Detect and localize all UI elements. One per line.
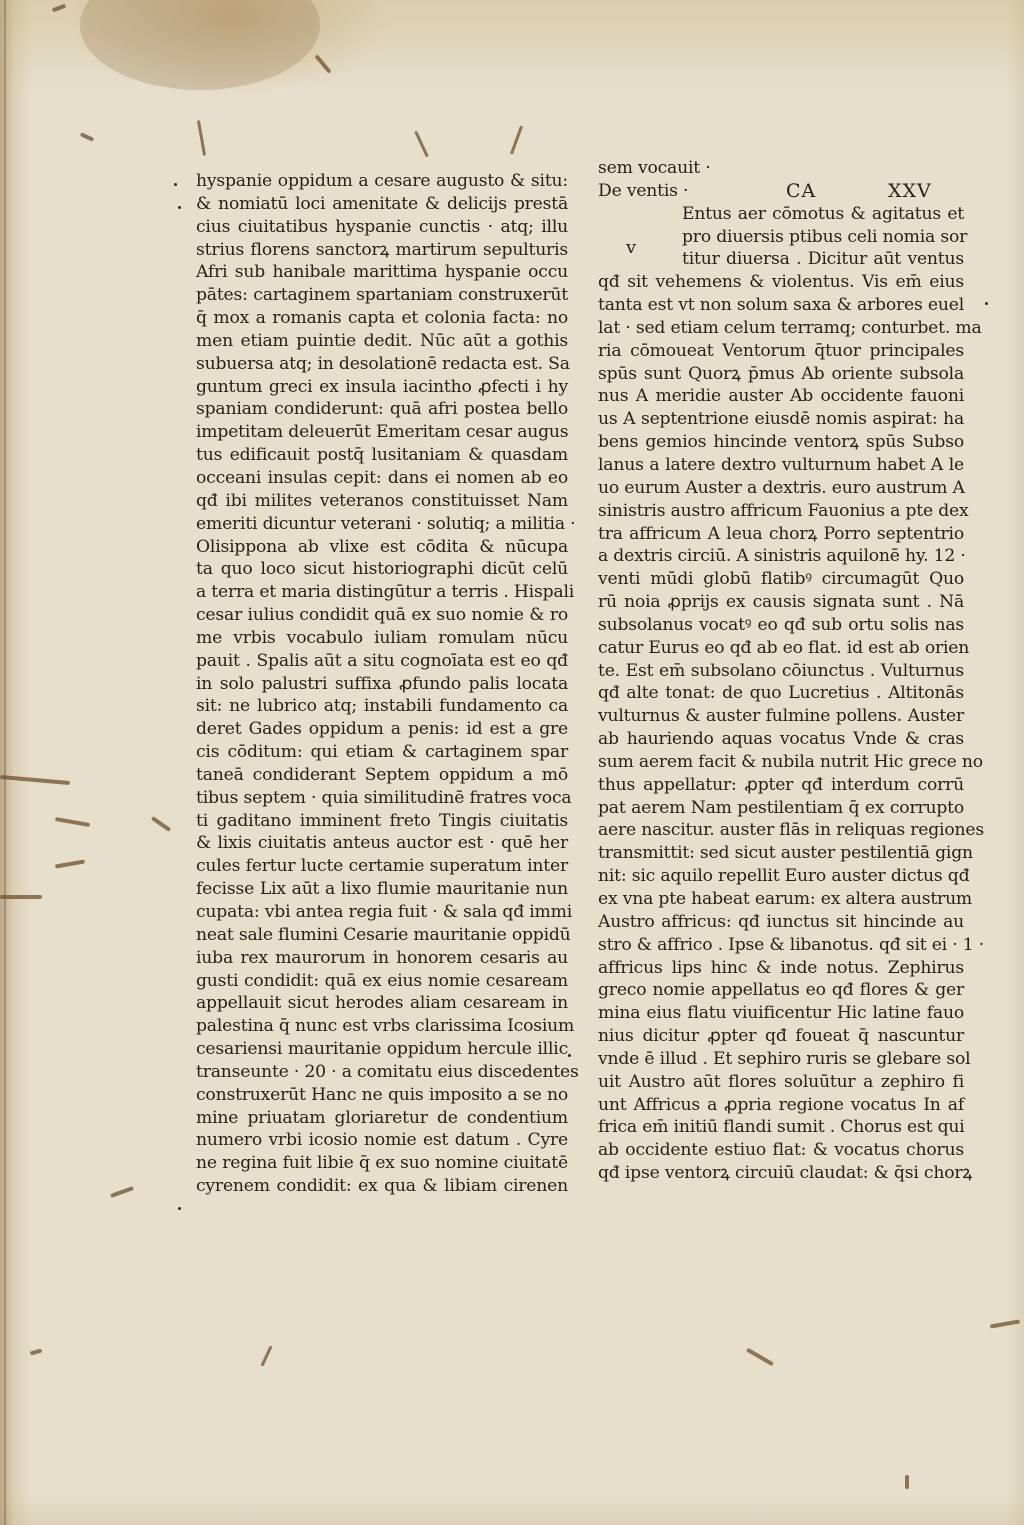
text-line: vulturnus & auster fulmine pollens. Aust… [598, 705, 964, 728]
text-line: pro diuersis ptibus celi nomia sor [598, 226, 964, 249]
chapter-heading: De ventis · CA XXV [598, 180, 964, 203]
text-line: ex vna pte habeat earum: ex altera austr… [598, 888, 964, 911]
text-line: ria cōmoueat Ventorum q̄tuor principales [598, 340, 964, 363]
worm-hole [746, 1348, 774, 1366]
text-line: palestina q̄ nunc est vrbs clarissima Ic… [196, 1015, 568, 1038]
worm-hole [80, 132, 94, 142]
manuscript-page: hyspanie oppidum a cesare augusto & situ… [0, 0, 1024, 1525]
text-line: cupata: vbi antea regia fuit · & sala qđ… [196, 901, 568, 924]
text-line: greco nomie appellatus eo qđ flores & ge… [598, 979, 964, 1002]
text-line: affricus lips hinc & inde notus. Zephiru… [598, 957, 964, 980]
text-line: subuersa atq; in desolationē redacta est… [196, 353, 568, 376]
text-line: deret Gades oppidum a penis: id est a gr… [196, 718, 568, 741]
worm-hole [314, 54, 331, 73]
text-line: pauit . Spalis aūt a situ cognoīata est … [196, 650, 568, 673]
text-line: & lixis ciuitatis anteus auctor est · qu… [196, 832, 568, 855]
text-line: fecisse Lix aūt a lixo flumie mauritanie… [196, 878, 568, 901]
text-line: sem vocauit · [598, 157, 964, 180]
text-line: spūs sunt Quorꝝ p̄mus Ab oriente subsola [598, 363, 964, 386]
margin-mark [178, 206, 181, 209]
text-line: neat sale flumini Cesarie mauritanie opp… [196, 924, 568, 947]
text-line: thus appellatur: ꝓpter qđ interdum corrū [598, 774, 964, 797]
chapter-number: XXV [888, 180, 932, 203]
water-stain [80, 0, 320, 90]
worm-hole [52, 4, 67, 13]
text-line: & nomiatū loci amenitate & delicijs pres… [196, 193, 568, 216]
text-line: Entus aer cōmotus & agitatus et [598, 203, 964, 226]
text-line: sum aerem facit & nubila nutrit Hic grec… [598, 751, 964, 774]
text-line: mina eius flatu viuificentur Hic latine … [598, 1002, 964, 1025]
text-line: aere nascitur. auster flās in reliquas r… [598, 819, 964, 842]
text-line: bens gemios hincinde ventorꝝ spūs Subso [598, 431, 964, 454]
text-line: lat · sed etiam celum terramq; conturbet… [598, 317, 964, 340]
margin-mark [178, 1207, 181, 1210]
text-line: venti mūdi globū flatibꝰ circumagūt Quo [598, 568, 964, 591]
worm-hole [0, 775, 70, 785]
text-line: transeunte · 20 · a comitatu eius disced… [196, 1061, 568, 1084]
worm-hole [30, 1349, 43, 1356]
text-line: nit: sic aquilo repellit Euro auster dic… [598, 865, 964, 888]
guide-letter: v [626, 237, 636, 260]
text-line: tra affricum A leua chorꝝ Porro septentr… [598, 523, 964, 546]
text-line: me vrbis vocabulo iuliam romulam nūcu [196, 627, 568, 650]
margin-mark [174, 183, 177, 186]
text-line: vnde ē illud . Et sephiro ruris se gleba… [598, 1048, 964, 1071]
text-line: rū noia ꝓprijs ex causis signata sunt . … [598, 591, 964, 614]
text-line: stro & affrico . Ipse & libanotus. qđ si… [598, 934, 964, 957]
text-line: pātes: cartaginem spartaniam construxerū… [196, 284, 568, 307]
text-line: lanus a latere dextro vulturnum habet A … [598, 454, 964, 477]
text-line: qđ ipse ventorꝝ circuiū claudat: & q̄si … [598, 1162, 964, 1185]
text-line: iuba rex maurorum in honorem cesaris au [196, 947, 568, 970]
text-line: qđ sit vehemens & violentus. Vis em̄ eiu… [598, 271, 964, 294]
text-line: tibus septem · quia similitudinē fratres… [196, 787, 568, 810]
text-line: taneā condiderant Septem oppidum a mō [196, 764, 568, 787]
text-line: occeani insulas cepit: dans ei nomen ab … [196, 467, 568, 490]
text-line: Afri sub hanibale marittima hyspanie occ… [196, 261, 568, 284]
text-line: ne regina fuit libie q̄ ex suo nomine ci… [196, 1152, 568, 1175]
text-line: ab occidente estiuo flat: & vocatus chor… [598, 1139, 964, 1162]
text-line: sinistris austro affricum Fauonius a pte… [598, 500, 964, 523]
text-line: uit Austro aūt flores soluūtur a zephiro… [598, 1071, 964, 1094]
text-line: catur Eurus eo qđ ab eo flat. id est ab … [598, 637, 964, 660]
worm-hole [990, 1319, 1020, 1328]
text-line: uo eurum Auster a dextris. euro austrum … [598, 477, 964, 500]
text-line: sit: ne lubrico atq; instabili fundament… [196, 695, 568, 718]
text-line: cules fertur lucte certamie superatum in… [196, 855, 568, 878]
text-line: construxerūt Hanc ne quis imposito a se … [196, 1084, 568, 1107]
text-line: guntum greci ex insula iacintho ꝓfecti i… [196, 376, 568, 399]
text-line: frica em̄ initiū flandi sumit . Chorus e… [598, 1116, 964, 1139]
margin-mark [985, 302, 988, 305]
text-line: a dextris circiū. A sinistris aquilonē h… [598, 545, 964, 568]
text-line: strius florens sanctorꝝ martirum sepultu… [196, 239, 568, 262]
text-line: pat aerem Nam pestilentiam q̄ ex corrupt… [598, 797, 964, 820]
text-line: cius ciuitatibus hyspanie cunctis · atq;… [196, 216, 568, 239]
text-line: subsolanus vocatꝰ eo qđ sub ortu solis n… [598, 614, 964, 637]
worm-hole [414, 131, 429, 158]
binding-edge [4, 0, 6, 1525]
text-line: titur diuersa . Dicitur aūt ventus [598, 248, 964, 271]
worm-hole [110, 1186, 134, 1198]
text-line: cesar iulius condidit quā ex suo nomie &… [196, 604, 568, 627]
text-line: men etiam puintie dedit. Nūc aūt a gothi… [196, 330, 568, 353]
text-line: qđ ibi milites veteranos constituisset N… [196, 490, 568, 513]
worm-hole [510, 125, 523, 154]
text-line: Olisippona ab vlixe est cōdita & nūcupa [196, 536, 568, 559]
text-line: us A septentrione eiusdē nomis aspirat: … [598, 408, 964, 431]
worm-hole [151, 816, 171, 832]
text-line: qđ alte tonat: de quo Lucretius . Altito… [598, 682, 964, 705]
text-line: gusti condidit: quā ex eius nomie cesare… [196, 970, 568, 993]
text-line: q̄ mox a romanis capta et colonia facta:… [196, 307, 568, 330]
text-line: impetitam deleuerūt Emeritam cesar augus [196, 421, 568, 444]
text-line: transmittit: sed sicut auster pestilenti… [598, 842, 964, 865]
text-line: cesariensi mauritanie oppidum hercule il… [196, 1038, 568, 1061]
text-line: tanta est vt non solum saxa & arbores eu… [598, 294, 964, 317]
worm-hole [905, 1475, 909, 1489]
text-line: te. Est em̄ subsolano cōiunctus . Vultur… [598, 660, 964, 683]
text-line: cis cōditum: qui etiam & cartaginem spar [196, 741, 568, 764]
margin-mark [568, 1054, 571, 1057]
text-line: ti gaditano imminent freto Tingis ciuita… [196, 810, 568, 833]
text-line: appellauit sicut herodes aliam cesaream … [196, 992, 568, 1015]
chapter-title: De ventis · [598, 180, 688, 203]
worm-hole [55, 859, 85, 868]
text-line: in solo palustri suffixa ꝓfundo palis lo… [196, 673, 568, 696]
left-text-column: hyspanie oppidum a cesare augusto & situ… [196, 170, 568, 1198]
text-line: Austro affricus: qđ iunctus sit hincinde… [598, 911, 964, 934]
text-line: nus A meridie auster Ab occidente fauoni [598, 385, 964, 408]
worm-hole [55, 817, 90, 827]
text-line: tus edificauit postq̄ lusitaniam & quasd… [196, 444, 568, 467]
text-line: ab hauriendo aquas vocatus Vnde & cras [598, 728, 964, 751]
chapter-abbrev: CA [786, 180, 816, 203]
text-line: nius dicitur ꝓpter qđ foueat q̄ nascuntu… [598, 1025, 964, 1048]
text-line: numero vrbi icosio nomie est datum . Cyr… [196, 1129, 568, 1152]
text-line: mine priuatam gloriaretur de condentium [196, 1107, 568, 1130]
worm-hole [197, 120, 206, 156]
text-line: unt Affricus a ꝓpria regione vocatus In … [598, 1094, 964, 1117]
text-line: emeriti dicuntur veterani · solutiq; a m… [196, 513, 568, 536]
initial-space-block: v Entus aer cōmotus & agitatus et pro di… [598, 203, 964, 272]
text-line: spaniam condiderunt: quā afri postea bel… [196, 398, 568, 421]
text-line: a terra et maria distingūtur a terris . … [196, 581, 568, 604]
worm-hole [260, 1345, 272, 1366]
text-line: cyrenem condidit: ex qua & libiam cirene… [196, 1175, 568, 1198]
right-text-column: sem vocauit · De ventis · CA XXV v Entus… [598, 157, 964, 1185]
worm-hole [0, 895, 42, 899]
text-line: ta quo loco sicut historiographi dicūt c… [196, 558, 568, 581]
text-line: hyspanie oppidum a cesare augusto & situ… [196, 170, 568, 193]
